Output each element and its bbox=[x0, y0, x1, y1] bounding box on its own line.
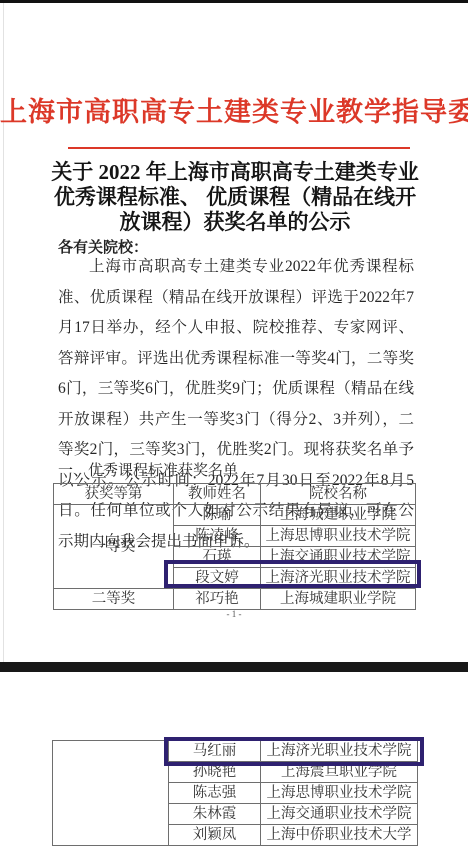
page-number: - 1 - bbox=[0, 609, 468, 619]
table-header-row: 获奖等第 教师姓名 院校名称 bbox=[54, 484, 416, 505]
teacher-cell: 陈凌峰 bbox=[174, 526, 261, 547]
teacher-cell: 陈瑜 bbox=[174, 505, 261, 526]
teacher-cell: 陈志强 bbox=[169, 783, 261, 804]
teacher-cell: 朱林霞 bbox=[169, 804, 261, 825]
school-cell: 上海震旦职业学院 bbox=[261, 762, 418, 783]
table-row: 一等奖 陈瑜 上海城建职业学院 bbox=[54, 505, 416, 526]
award-grade-cell: 二等奖 bbox=[54, 589, 174, 610]
header-teacher-name: 教师姓名 bbox=[174, 484, 261, 505]
school-cell: 上海城建职业学院 bbox=[261, 505, 416, 526]
page-break-divider bbox=[0, 662, 468, 672]
school-cell: 上海思博职业技术学院 bbox=[261, 783, 418, 804]
school-cell: 上海中侨职业技术大学 bbox=[261, 825, 418, 846]
document-title: 关于 2022 年上海市高职高专土建类专业优秀课程标准、 优质课程（精品在线开放… bbox=[49, 160, 421, 235]
school-cell: 上海城建职业学院 bbox=[261, 589, 416, 610]
organization-letterhead-title: 上海市高职高专土建类专业教学指导委员会 bbox=[0, 90, 468, 129]
document-screenshot: { "colors": { "accent_red": "#dc3828", "… bbox=[0, 0, 468, 848]
screenshot-top-edge bbox=[0, 0, 468, 3]
award-grade-cell-empty bbox=[53, 741, 169, 846]
teacher-cell: 孙晓艳 bbox=[169, 762, 261, 783]
header-award-grade: 获奖等第 bbox=[54, 484, 174, 505]
school-cell: 上海济光职业技术学院 bbox=[261, 568, 416, 589]
teacher-cell: 祁巧艳 bbox=[174, 589, 261, 610]
award-table-page1: 获奖等第 教师姓名 院校名称 一等奖 陈瑜 上海城建职业学院 陈凌峰 上海思博职… bbox=[53, 483, 416, 610]
school-cell: 上海济光职业技术学院 bbox=[261, 741, 418, 762]
school-cell: 上海交通职业技术学院 bbox=[261, 547, 416, 568]
school-cell: 上海交通职业技术学院 bbox=[261, 804, 418, 825]
header-school-name: 院校名称 bbox=[261, 484, 416, 505]
table-row-highlighted: 马红丽 上海济光职业技术学院 bbox=[53, 741, 418, 762]
teacher-cell: 马红丽 bbox=[169, 741, 261, 762]
award-table-page2: 马红丽 上海济光职业技术学院 孙晓艳 上海震旦职业学院 陈志强 上海思博职业技术… bbox=[52, 740, 418, 846]
teacher-cell: 石瑛 bbox=[174, 547, 261, 568]
section-1-title: 一、优秀课程标准获奖名单 bbox=[58, 459, 238, 480]
letterhead-divider-rule bbox=[68, 147, 410, 149]
teacher-cell: 段文婷 bbox=[174, 568, 261, 589]
table-row: 二等奖 祁巧艳 上海城建职业学院 bbox=[54, 589, 416, 610]
teacher-cell: 刘颖凤 bbox=[169, 825, 261, 846]
school-cell: 上海思博职业技术学院 bbox=[261, 526, 416, 547]
award-grade-cell: 一等奖 bbox=[54, 505, 174, 589]
